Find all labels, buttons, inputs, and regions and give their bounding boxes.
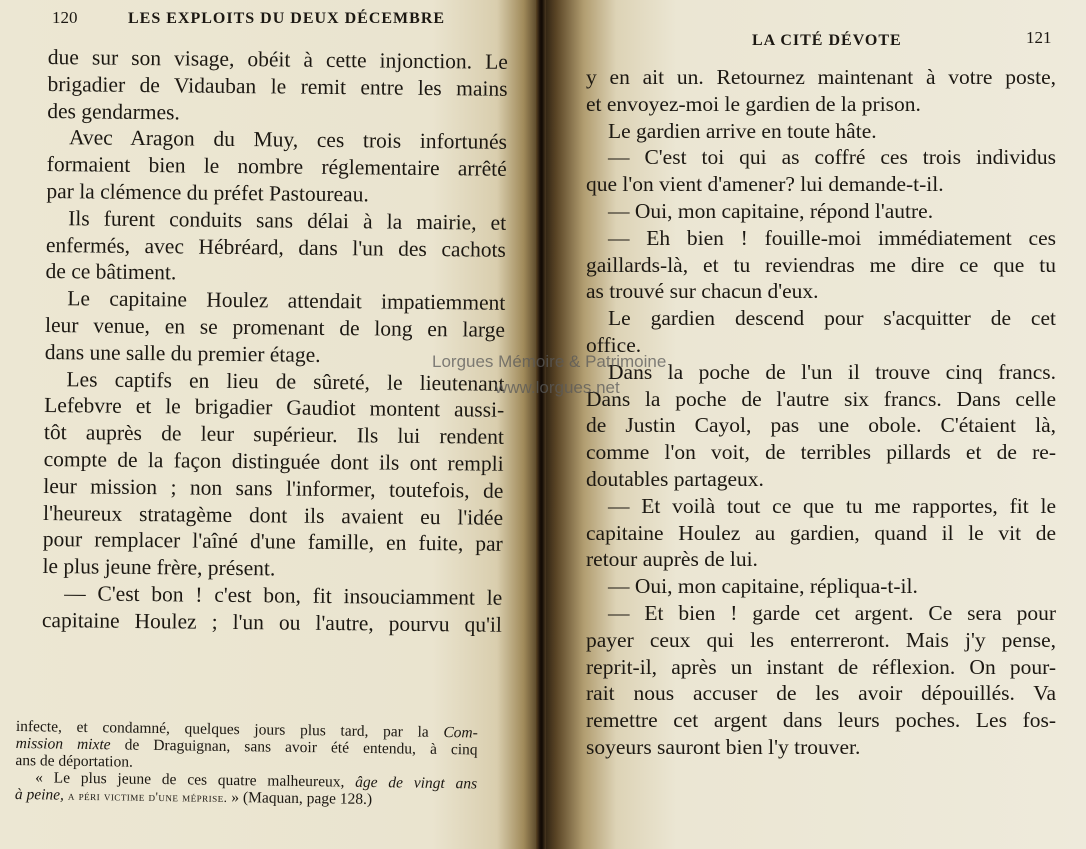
- text-line: — Et bien ! garde cet argent. Ce sera po…: [586, 600, 1056, 627]
- text-line: soyeurs sauront bien l'y trouver.: [586, 734, 1056, 761]
- text-line: doutables partageux.: [586, 466, 1056, 493]
- text-line: comme l'on voit, de terribles pillards e…: [586, 439, 1056, 466]
- watermark-url: www.lorgues.net: [495, 378, 620, 397]
- book-gutter: [536, 0, 546, 849]
- text-line: — Et voilà tout ce que tu me rapportes, …: [586, 493, 1056, 520]
- running-head-right: LA CITÉ DÉVOTE: [752, 32, 902, 50]
- left-page: 120 LES EXPLOITS DU DEUX DÉCEMBRE due su…: [0, 0, 540, 849]
- watermark-title: Lorgues Mémoire & Patrimoine: [432, 352, 666, 371]
- text-line: Ils furent conduits sans délai à la mair…: [46, 205, 506, 237]
- text-line: payer ceux qui les enterreront. Mais j'y…: [586, 627, 1056, 654]
- footnote: infecte, et condamné, quelques jours plu…: [15, 718, 478, 809]
- footnote-italic: âge de vingt ans: [355, 774, 477, 793]
- text-line: — Oui, mon capitaine, répond l'autre.: [586, 198, 1056, 225]
- text-line: — Oui, mon capitaine, répliqua-t-il.: [586, 573, 1056, 600]
- footnote-italic: à peine,: [15, 786, 64, 804]
- text-line: que l'on vient d'amener? lui demande-t-i…: [586, 171, 1056, 198]
- text-line: remettre cet argent dans leurs poches. L…: [586, 707, 1056, 734]
- text-line: — C'est toi qui as coffré ces trois indi…: [586, 144, 1056, 171]
- text-line: as trouvé sur chacun d'eux.: [586, 278, 1056, 305]
- text-line: y en ait un. Retournez maintenant à votr…: [586, 64, 1056, 91]
- text-line: rait nous accuser de les avoir dépouillé…: [586, 680, 1056, 707]
- text-line: Le gardien arrive en toute hâte.: [586, 118, 1056, 145]
- text-line: et envoyez-moi le gardien de la prison.: [586, 91, 1056, 118]
- text-line: capitaine Houlez au gardien, quand il le…: [586, 520, 1056, 547]
- page-number-left: 120: [52, 8, 78, 28]
- page-number-right: 121: [1026, 28, 1052, 48]
- running-head-left: LES EXPLOITS DU DEUX DÉCEMBRE: [128, 10, 445, 28]
- text-line: reprit-il, après un instant de réflexion…: [586, 654, 1056, 681]
- text-line: leur mission ; non sans l'informer, tout…: [43, 473, 503, 505]
- footnote-citation: » (Maquan, page 128.): [231, 789, 372, 808]
- text-line: de Justin Cayol, pas une obole. C'étaien…: [586, 412, 1056, 439]
- right-page: LA CITÉ DÉVOTE 121 y en ait un. Retourne…: [540, 0, 1086, 849]
- text-line: Dans la poche de l'autre six francs. Dan…: [586, 386, 1056, 413]
- text-line: brigadier de Vidauban le remit entre les…: [47, 71, 507, 103]
- text-line: Le gardien descend pour s'acquitter de c…: [586, 305, 1056, 332]
- footnote-smallcaps: a péri victime d'une méprise.: [68, 788, 228, 805]
- footnote-italic: mission mixte: [16, 735, 111, 753]
- right-body-text: y en ait un. Retournez maintenant à votr…: [586, 64, 1056, 761]
- text-line: — Eh bien ! fouille-moi immédiatement ce…: [586, 225, 1056, 252]
- footnote-italic: Com-: [443, 724, 478, 741]
- text-line: capitaine Houlez ; l'un ou l'autre, pour…: [42, 607, 502, 639]
- text-line: retour auprès de lui.: [586, 546, 1056, 573]
- left-body-text: due sur son visage, obéit à cette injonc…: [42, 44, 508, 638]
- text-line: gaillards-là, et tu reviendras me dire c…: [586, 252, 1056, 279]
